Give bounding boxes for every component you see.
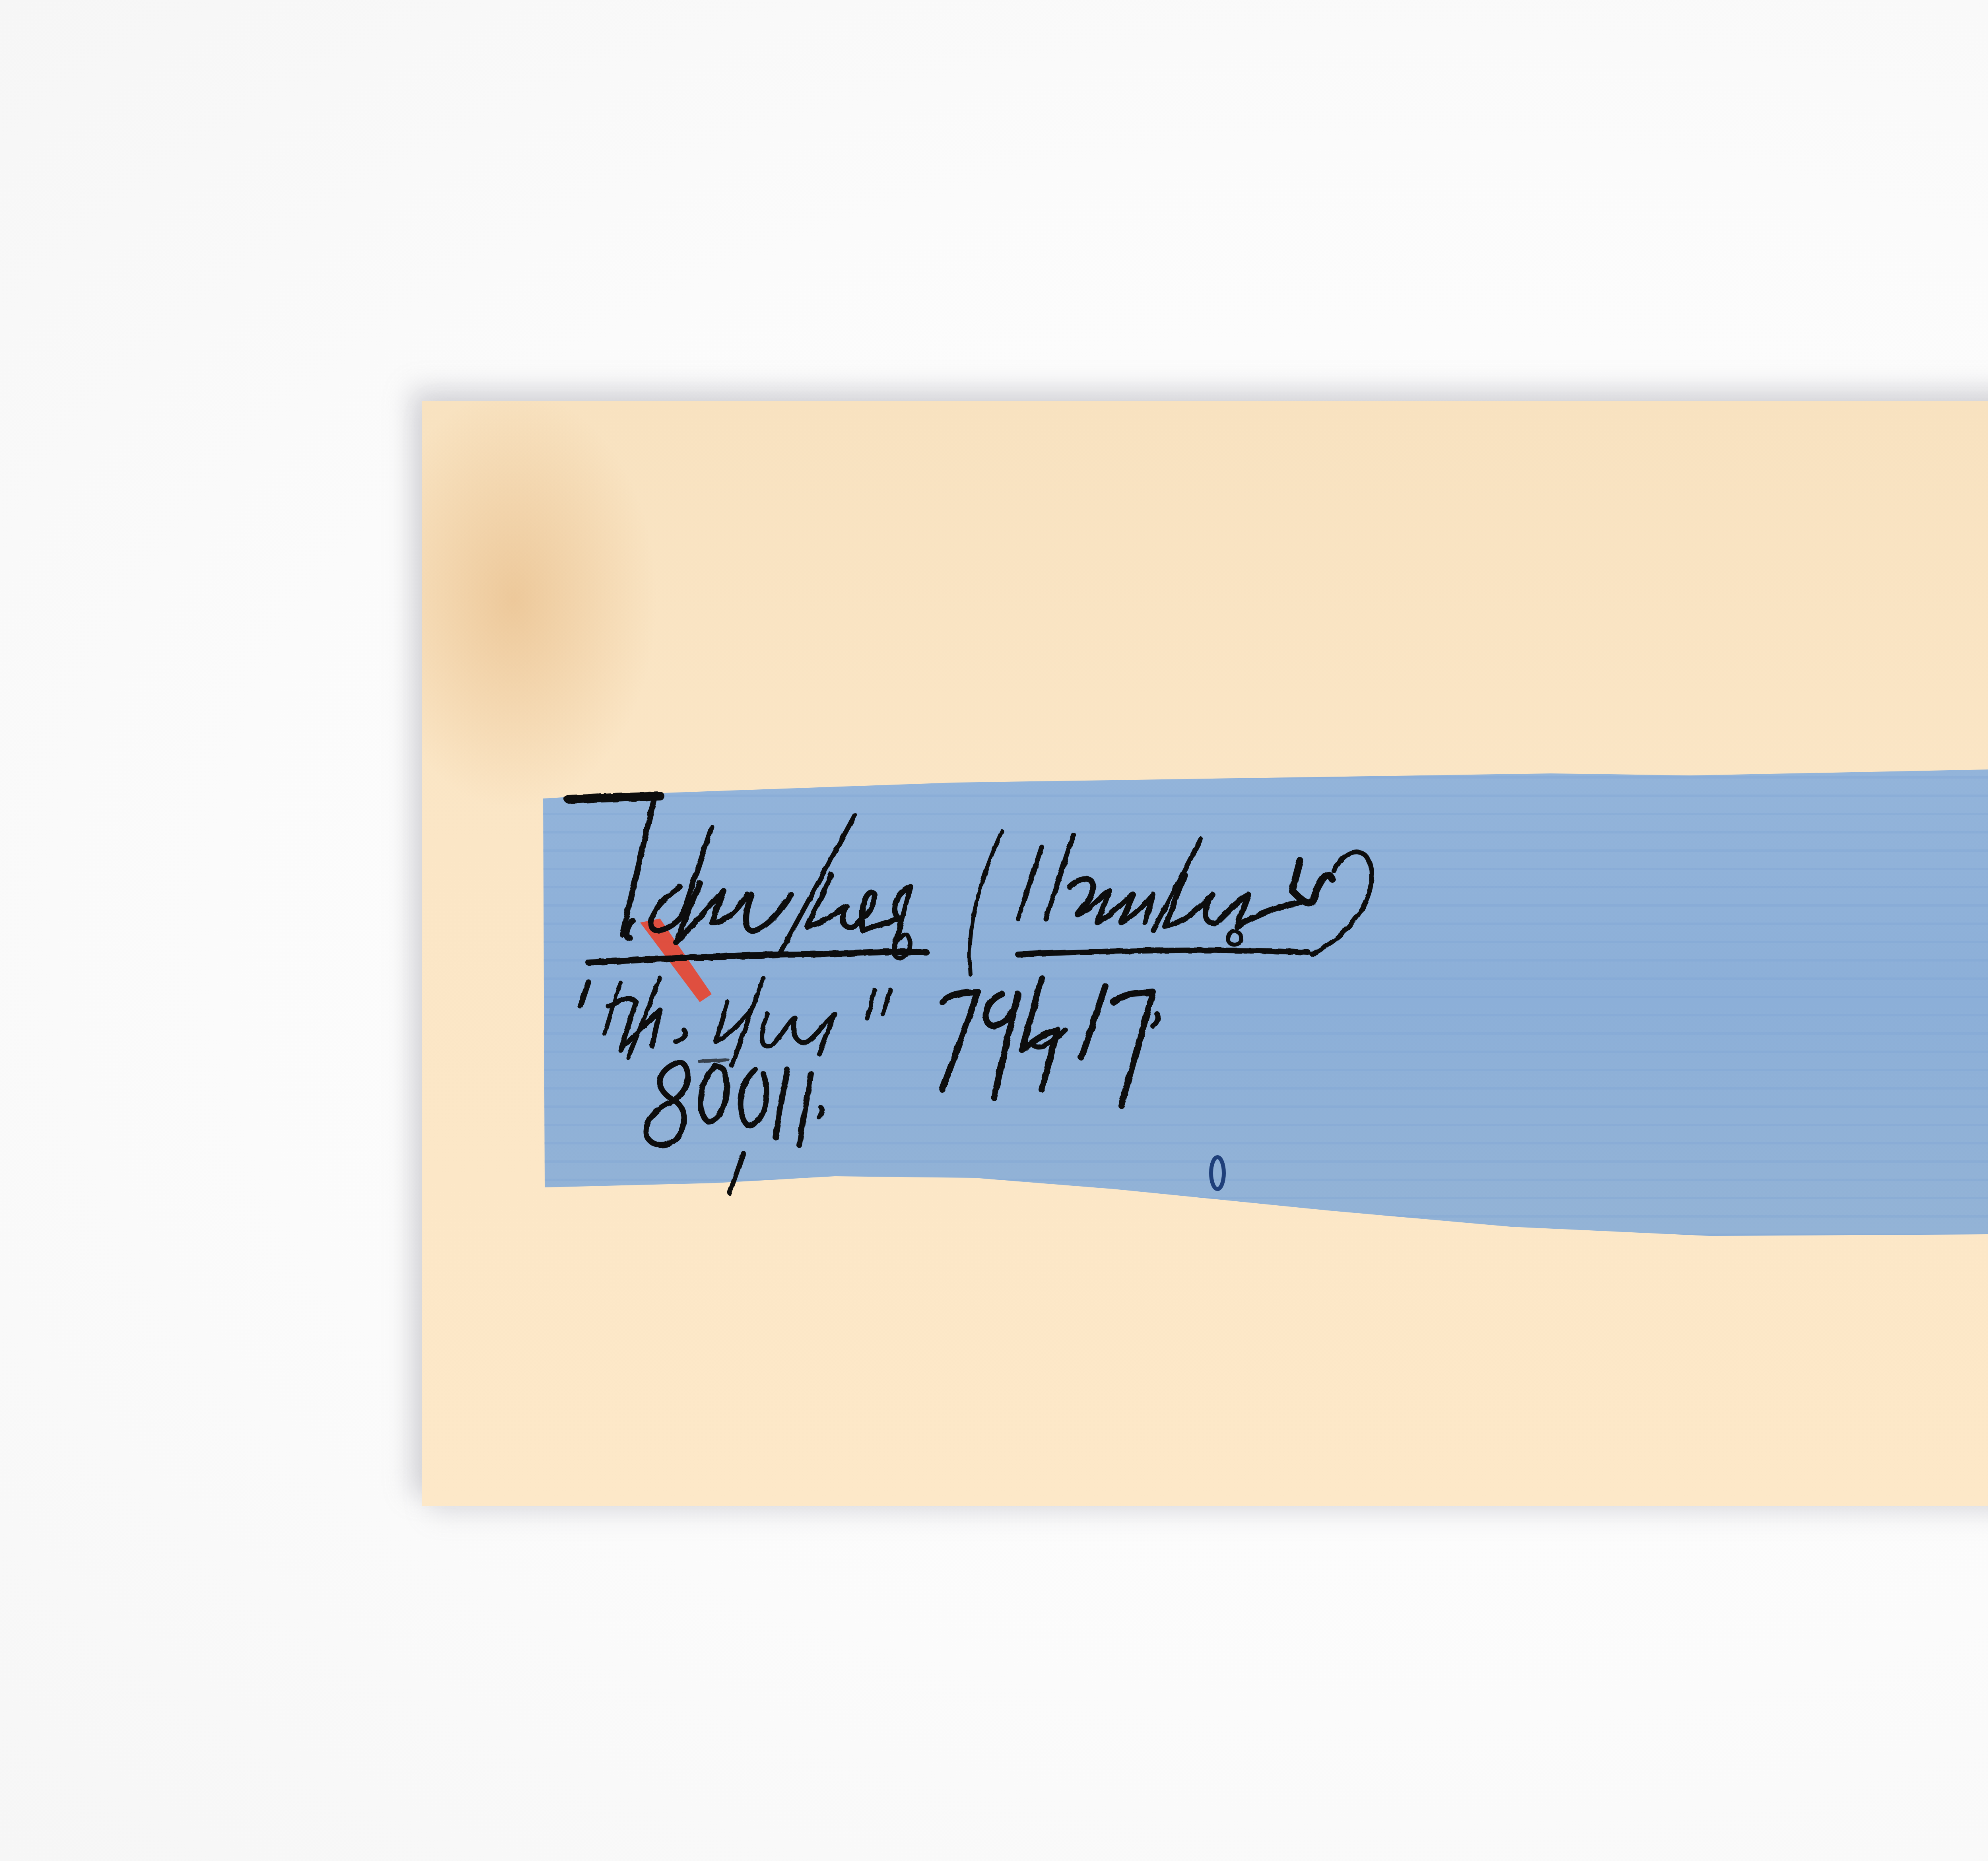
archival-card: [422, 401, 1988, 1506]
